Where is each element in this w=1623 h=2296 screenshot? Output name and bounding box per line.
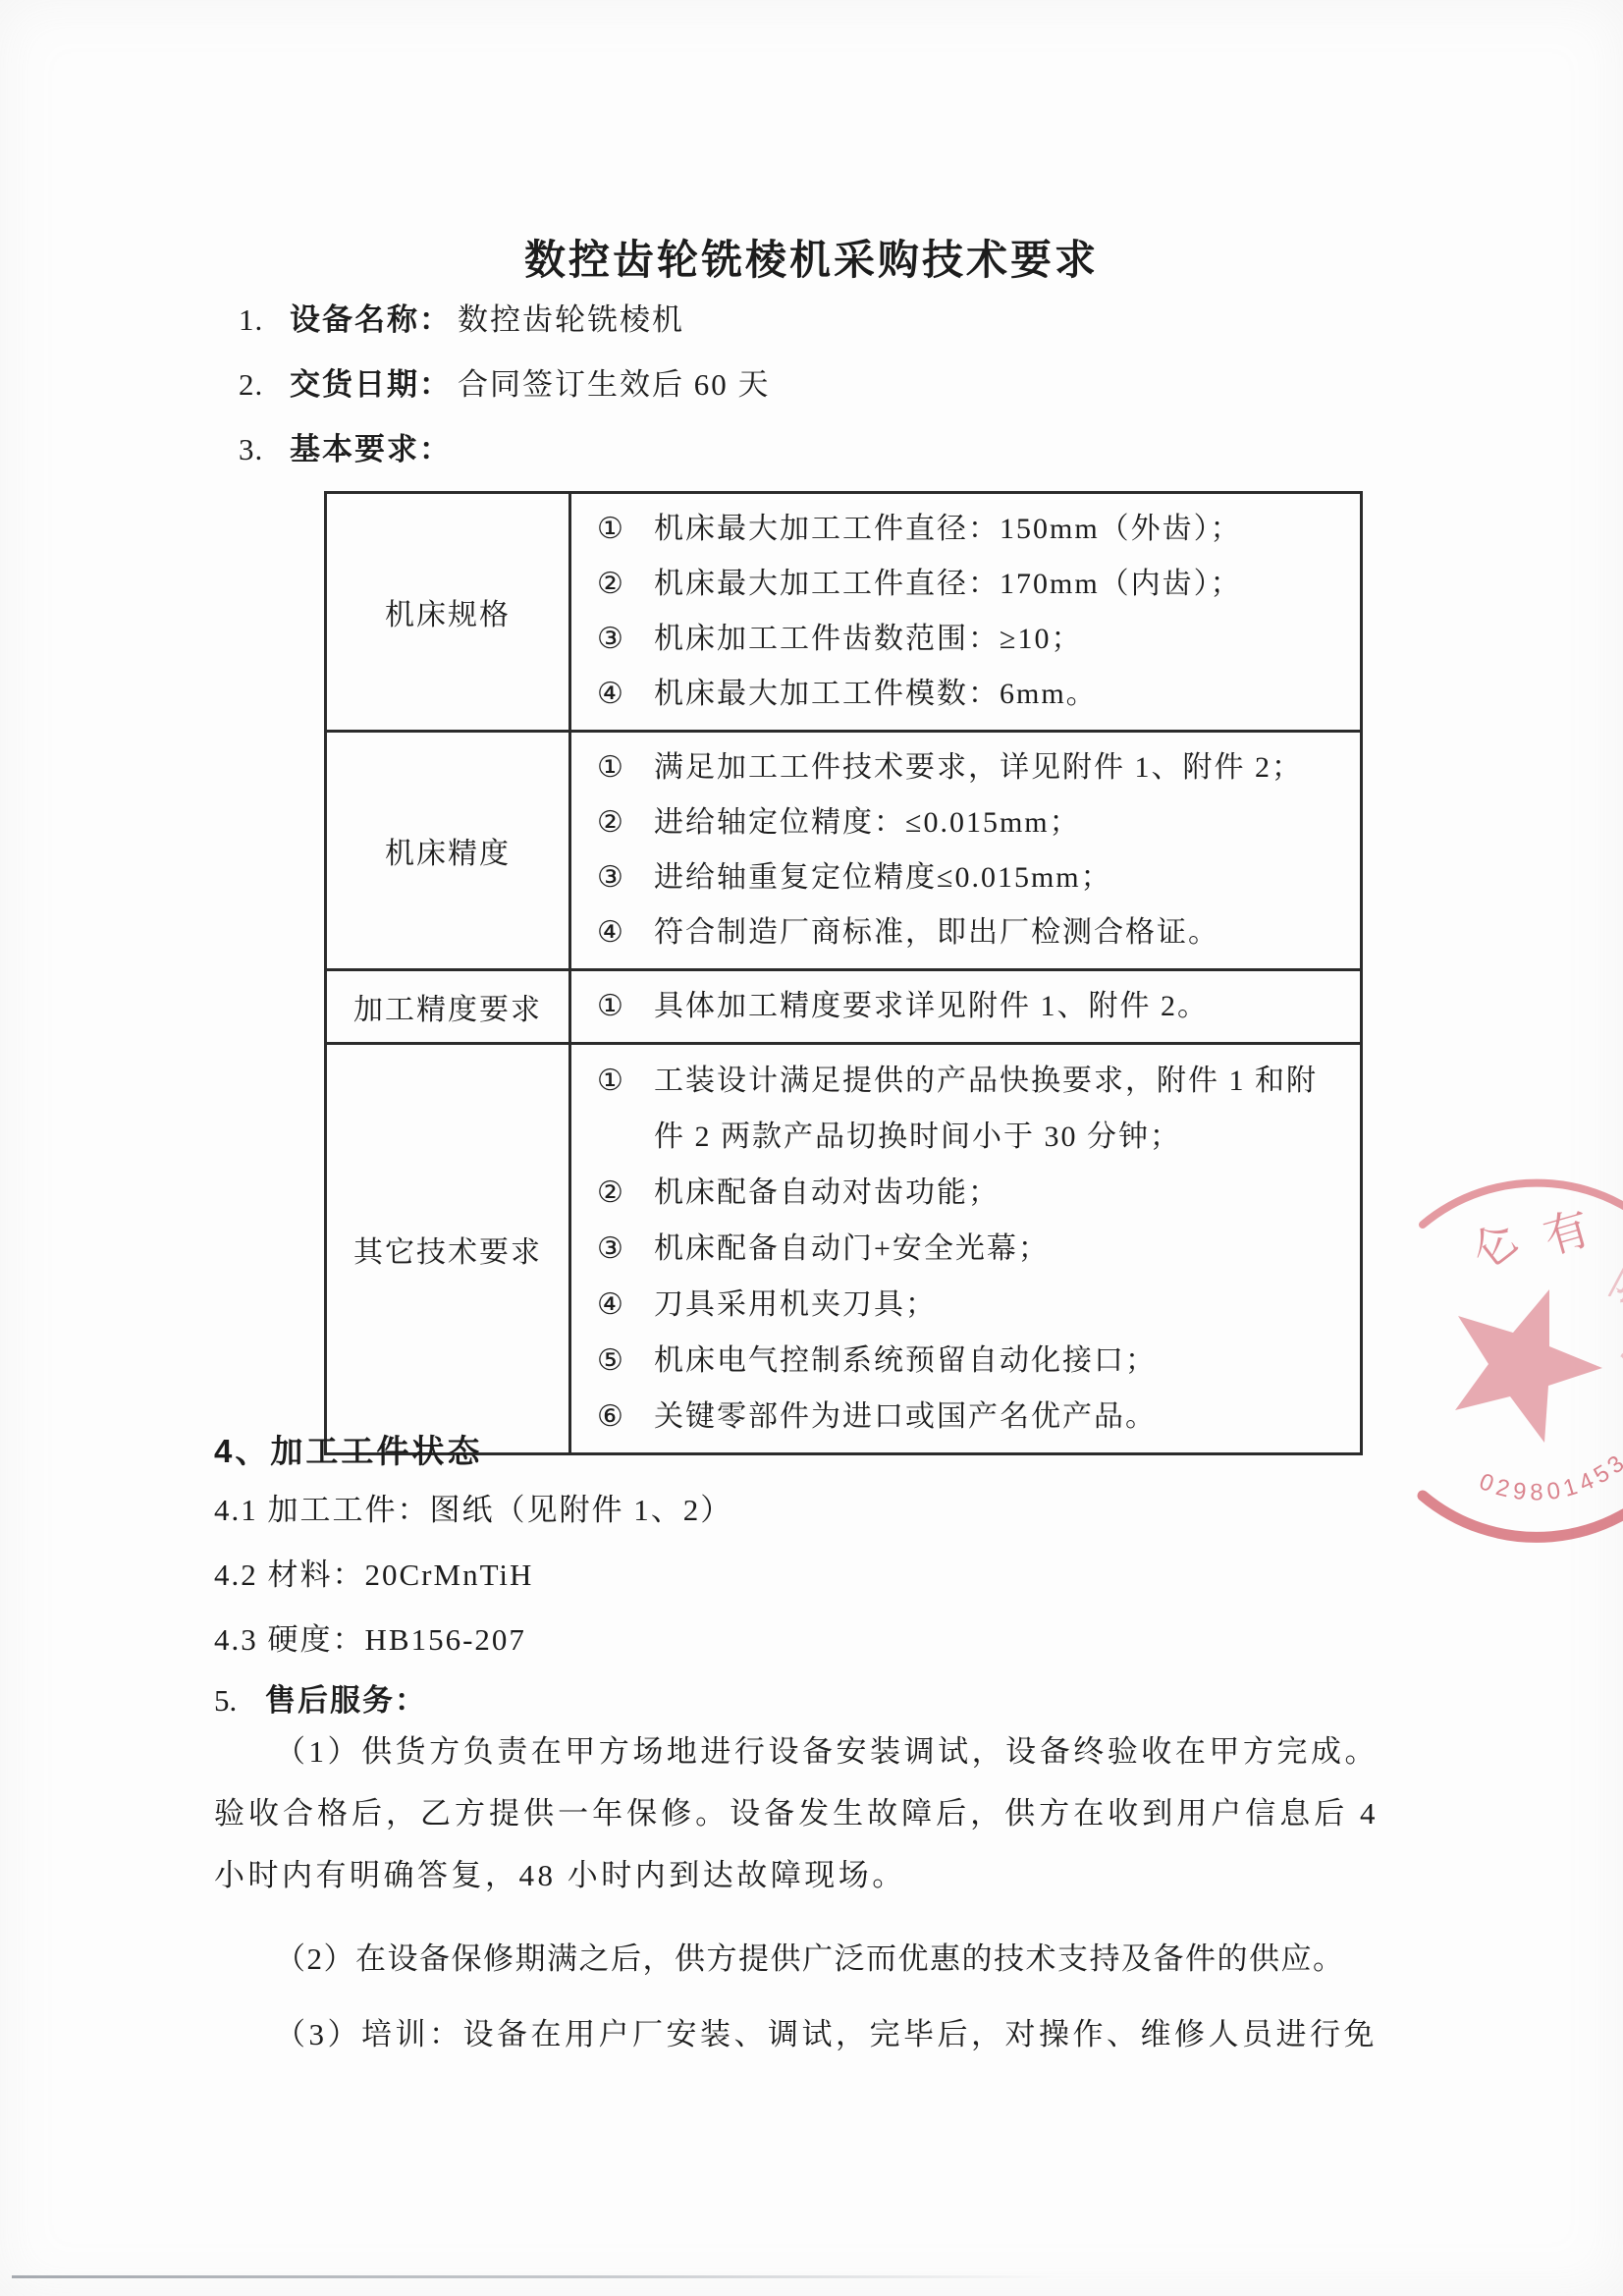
row-label-cell: 其它技术要求 bbox=[326, 1044, 570, 1454]
spec-item: ②进给轴定位精度：≤0.015mm； bbox=[597, 795, 1319, 850]
service-paragraph: （2）在设备保修期满之后，供方提供广泛而优惠的技术支持及备件的供应。 bbox=[214, 1928, 1379, 1990]
spec-item: ③机床加工工件齿数范围：≥10； bbox=[597, 612, 1319, 667]
document-page: 数控齿轮铣棱机采购技术要求 1. 设备名称： 数控齿轮铣棱机 2. 交货日期： … bbox=[0, 0, 1623, 2296]
stamp-char: 仑 bbox=[1461, 1212, 1528, 1280]
spec-item-text: 满足加工工件技术要求，详见附件 1、附件 2； bbox=[654, 740, 1319, 795]
spec-item-text: 机床加工工件齿数范围：≥10； bbox=[654, 612, 1319, 667]
item-number: 2. bbox=[239, 367, 290, 403]
numbered-item: 3. 基本要求： bbox=[239, 424, 771, 460]
service-paragraph: （3）培训：设备在用户厂安装、调试，完毕后，对操作、维修人员进行免 bbox=[214, 2003, 1379, 2065]
spec-item: ④符合制造厂商标准，即出厂检测合格证。 bbox=[597, 905, 1319, 960]
spec-item: ①满足加工工件技术要求，详见附件 1、附件 2； bbox=[597, 740, 1319, 795]
spec-item: ③机床配备自动门+安全光幕； bbox=[597, 1221, 1319, 1277]
item-label: 基本要求： bbox=[290, 424, 452, 468]
spec-item: ⑥关键零部件为进口或国产名优产品。 bbox=[597, 1389, 1319, 1445]
section5-label: 售后服务： bbox=[265, 1675, 427, 1720]
spec-item: ④机床最大加工工件模数：6mm。 bbox=[597, 667, 1319, 722]
spec-item-text: 具体加工精度要求详见附件 1、附件 2。 bbox=[654, 979, 1319, 1034]
top-numbered-list: 1. 设备名称： 数控齿轮铣棱机 2. 交货日期： 合同签订生效后 60 天 3… bbox=[239, 295, 771, 489]
section4-line: 4.2 材料：20CrMnTiH bbox=[214, 1550, 732, 1587]
stamp-char: 公 bbox=[1610, 1329, 1623, 1389]
stamp-char: 有 bbox=[1538, 1202, 1596, 1264]
spec-item-text: 进给轴定位精度：≤0.015mm； bbox=[654, 795, 1319, 850]
row-content-cell: ①工装设计满足提供的产品快换要求，附件 1 和附件 2 两款产品切换时间小于 3… bbox=[570, 1044, 1362, 1454]
row-label-cell: 加工精度要求 bbox=[326, 970, 570, 1044]
item-label: 设备名称： bbox=[290, 295, 452, 339]
page-title: 数控齿轮铣棱机采购技术要求 bbox=[0, 228, 1623, 287]
stamp-serial: 029801453 bbox=[1476, 1448, 1623, 1506]
spec-item-text: 符合制造厂商标准，即出厂检测合格证。 bbox=[654, 905, 1319, 960]
item-label: 交货日期： bbox=[290, 359, 452, 404]
spec-item-text: 关键零部件为进口或国产名优产品。 bbox=[654, 1389, 1319, 1445]
spec-item-marker: ③ bbox=[597, 850, 654, 905]
spec-item-marker: ② bbox=[597, 557, 654, 612]
spec-item: ①工装设计满足提供的产品快换要求，附件 1 和附件 2 两款产品切换时间小于 3… bbox=[597, 1053, 1319, 1165]
spec-item: ①具体加工精度要求详见附件 1、附件 2。 bbox=[597, 979, 1319, 1034]
spec-item-text: 机床配备自动对齿功能； bbox=[654, 1165, 1319, 1221]
row-label-cell: 机床精度 bbox=[326, 732, 570, 970]
spec-item: ①机床最大加工工件直径：150mm（外齿）； bbox=[597, 502, 1319, 557]
item-value: 合同签订生效后 60 天 bbox=[458, 359, 771, 404]
spec-item-marker: ④ bbox=[597, 667, 654, 722]
spec-item: ④刀具采用机夹刀具； bbox=[597, 1277, 1319, 1333]
spec-item-text: 机床最大加工工件直径：150mm（外齿）； bbox=[654, 502, 1319, 557]
scan-artifact-line bbox=[12, 2275, 1057, 2278]
spec-item-marker: ④ bbox=[597, 905, 654, 960]
numbered-item: 2. 交货日期： 合同签订生效后 60 天 bbox=[239, 359, 771, 395]
row-label-cell: 机床规格 bbox=[326, 493, 570, 732]
spec-item-text: 刀具采用机夹刀具； bbox=[654, 1277, 1319, 1333]
row-content-cell: ①机床最大加工工件直径：150mm（外齿）； ②机床最大加工工件直径：170mm… bbox=[570, 493, 1362, 732]
service-paragraphs: （1）供货方负责在甲方场地进行设备安装调试，设备终验收在甲方完成。验收合格后，乙… bbox=[214, 1721, 1379, 2087]
spec-item-marker: ① bbox=[597, 740, 654, 795]
spec-item-marker: ② bbox=[597, 795, 654, 850]
spec-item-text: 机床配备自动门+安全光幕； bbox=[654, 1221, 1319, 1277]
row-content-cell: ①具体加工精度要求详见附件 1、附件 2。 bbox=[570, 970, 1362, 1044]
stamp-char: 限 bbox=[1602, 1258, 1623, 1318]
section5-heading: 5. 售后服务： bbox=[214, 1675, 427, 1720]
spec-item-text: 机床电气控制系统预留自动化接口； bbox=[654, 1333, 1319, 1389]
spec-item-marker: ⑤ bbox=[597, 1333, 654, 1389]
company-seal-stamp: 仑 有 限 公 029801453 bbox=[1365, 1144, 1623, 1576]
spec-item-text: 工装设计满足提供的产品快换要求，附件 1 和附件 2 两款产品切换时间小于 30… bbox=[654, 1053, 1319, 1165]
spec-item-text: 机床最大加工工件直径：170mm（内齿）； bbox=[654, 557, 1319, 612]
spec-item: ②机床配备自动对齿功能； bbox=[597, 1165, 1319, 1221]
spec-item-text: 机床最大加工工件模数：6mm。 bbox=[654, 667, 1319, 722]
service-paragraph: （1）供货方负责在甲方场地进行设备安装调试，设备终验收在甲方完成。验收合格后，乙… bbox=[214, 1721, 1379, 1906]
section4-lines: 4.1 加工工件：图纸（见附件 1、2） 4.2 材料：20CrMnTiH 4.… bbox=[214, 1485, 732, 1679]
table-row: 机床精度 ①满足加工工件技术要求，详见附件 1、附件 2； ②进给轴定位精度：≤… bbox=[326, 732, 1362, 970]
section4-line: 4.1 加工工件：图纸（见附件 1、2） bbox=[214, 1485, 732, 1522]
spec-item-marker: ① bbox=[597, 979, 654, 1034]
table-row: 机床规格 ①机床最大加工工件直径：150mm（外齿）； ②机床最大加工工件直径：… bbox=[326, 493, 1362, 732]
requirements-table: 机床规格 ①机床最大加工工件直径：150mm（外齿）； ②机床最大加工工件直径：… bbox=[324, 491, 1363, 1455]
item-number: 1. bbox=[239, 302, 290, 338]
section5-number: 5. bbox=[214, 1683, 265, 1719]
star-icon bbox=[1455, 1289, 1602, 1443]
spec-item-text: 进给轴重复定位精度≤0.015mm； bbox=[654, 850, 1319, 905]
spec-item: ⑤机床电气控制系统预留自动化接口； bbox=[597, 1333, 1319, 1389]
table-row: 加工精度要求 ①具体加工精度要求详见附件 1、附件 2。 bbox=[326, 970, 1362, 1044]
item-value: 数控齿轮铣棱机 bbox=[458, 295, 684, 339]
spec-item-marker: ② bbox=[597, 1165, 654, 1221]
spec-item-marker: ① bbox=[597, 1053, 654, 1109]
stamp-ring-top-arc-icon bbox=[1423, 1183, 1623, 1246]
spec-item: ③进给轴重复定位精度≤0.015mm； bbox=[597, 850, 1319, 905]
table-row: 其它技术要求 ①工装设计满足提供的产品快换要求，附件 1 和附件 2 两款产品切… bbox=[326, 1044, 1362, 1454]
spec-item-marker: ③ bbox=[597, 612, 654, 667]
spec-item-marker: ⑥ bbox=[597, 1389, 654, 1445]
section4-heading: 4、加工工件状态 bbox=[214, 1426, 482, 1472]
numbered-item: 1. 设备名称： 数控齿轮铣棱机 bbox=[239, 295, 771, 330]
section4-line: 4.3 硬度：HB156-207 bbox=[214, 1614, 732, 1652]
spec-item-marker: ③ bbox=[597, 1221, 654, 1277]
spec-item: ②机床最大加工工件直径：170mm（内齿）； bbox=[597, 557, 1319, 612]
spec-item-marker: ① bbox=[597, 502, 654, 557]
row-content-cell: ①满足加工工件技术要求，详见附件 1、附件 2； ②进给轴定位精度：≤0.015… bbox=[570, 732, 1362, 970]
item-number: 3. bbox=[239, 432, 290, 467]
spec-item-marker: ④ bbox=[597, 1277, 654, 1333]
